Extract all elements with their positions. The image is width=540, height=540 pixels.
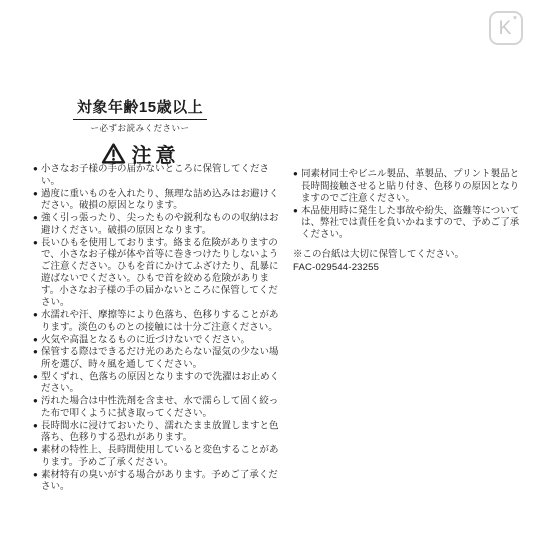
caution-list-item: ●長いひもを使用しております。絡まる危険がありますので、小さなお子様が体や首等に… — [33, 237, 285, 310]
caution-list-item: ●素材の特性上、長時間使用していると変色することがあります。予めご了承ください。 — [33, 444, 285, 469]
right-caution-list: ●同素材同士やビニル製品、革製品、プリント製品と長時間接触させると貼り付き、色移… — [293, 168, 523, 241]
caution-text: 過度に重いものを入れたり、無理な詰め込みはお避けください。破損の原因となります。 — [41, 188, 279, 211]
bullet-marker: ● — [33, 212, 41, 224]
caution-text: 汚れた場合は中性洗剤を含ませ、水で濡らして固く絞った布で叩くように拭き取ってくだ… — [41, 396, 278, 419]
bullet-marker: ● — [33, 188, 41, 200]
caution-list-item: ●本品使用時に発生した事故や紛失、盗難等については、弊社では責任を負いかねますの… — [293, 205, 523, 242]
caution-text: 長いひもを使用しております。絡まる危険がありますので、小さなお子様が体や首等に巻… — [41, 237, 279, 308]
caution-list-item: ●汚れた場合は中性洗剤を含ませ、水で濡らして固く絞った布で叩くように拭き取ってく… — [33, 395, 285, 420]
bullet-marker: ● — [33, 346, 41, 358]
bullet-marker: ● — [33, 237, 41, 249]
bullet-marker: ● — [33, 334, 41, 346]
caution-list-item: ●長時間水に浸けておいたり、濡れたまま放置しますと色落ち、色移りする恐れがありま… — [33, 420, 285, 445]
right-extras: ※この台紙は大切に保管してください。 FAC-029544-23255 — [293, 248, 523, 274]
caution-text: 同素材同士やビニル製品、革製品、プリント製品と長時間接触させると貼り付き、色移り… — [301, 169, 519, 204]
age-restriction-wrap: 対象年齢15歳以上 — [30, 96, 250, 120]
caution-text: 水濡れや汗、摩擦等により色落ち、色移りすることがあります。淡色のものとの接触には… — [41, 310, 279, 333]
bullet-marker: ● — [33, 395, 41, 407]
heart-icon: ♥ — [513, 15, 517, 22]
warning-triangle-icon — [101, 142, 126, 165]
bullet-marker: ● — [33, 444, 41, 456]
brand-logo-letter: K — [499, 19, 512, 38]
caution-card: K ♥ 対象年齢15歳以上 ー必ずお読みくださいー 注意 ●小さなお子様の手の届… — [0, 0, 540, 540]
product-code: FAC-029544-23255 — [293, 261, 523, 274]
caution-text: 小さなお子様の手の届かないところに保管してください。 — [41, 164, 269, 187]
bullet-marker: ● — [33, 420, 41, 432]
age-restriction-label: 対象年齢15歳以上 — [73, 96, 207, 120]
caution-list-item: ●素材特有の臭いがする場合があります。予めご了承ください。 — [33, 469, 285, 494]
caution-list-item: ●水濡れや汗、摩擦等により色落ち、色移りすることがあります。淡色のものとの接触に… — [33, 309, 285, 334]
keep-card-note: ※この台紙は大切に保管してください。 — [293, 248, 523, 261]
caution-list-item: ●火気や高温となるものに近づけないでください。 — [33, 334, 285, 347]
bullet-marker: ● — [293, 205, 301, 217]
caution-list-item: ●保管する際はできるだけ光のあたらない湿気の少ない場所を選び、時々風を通してくだ… — [33, 346, 285, 371]
bullet-marker: ● — [293, 168, 301, 180]
header: 対象年齢15歳以上 ー必ずお読みくださいー 注意 — [30, 96, 250, 168]
caution-text: 型くずれ、色落ちの原因となりますので洗濯はお止めください。 — [41, 371, 279, 394]
must-read-note: ー必ずお読みくださいー — [30, 122, 250, 134]
bullet-marker: ● — [33, 309, 41, 321]
caution-list-item: ●小さなお子様の手の届かないところに保管してください。 — [33, 163, 285, 188]
caution-text: 本品使用時に発生した事故や紛失、盗難等については、弊社では責任を負いかねますので… — [301, 205, 519, 240]
bullet-marker: ● — [33, 371, 41, 383]
brand-logo: K ♥ — [489, 11, 523, 45]
caution-list-item: ●過度に重いものを入れたり、無理な詰め込みはお避けください。破損の原因となります… — [33, 188, 285, 213]
left-caution-list: ●小さなお子様の手の届かないところに保管してください。 ●過度に重いものを入れた… — [33, 163, 285, 493]
caution-text: 長時間水に浸けておいたり、濡れたまま放置しますと色落ち、色移りする恐れがあります… — [41, 420, 279, 443]
caution-text: 素材特有の臭いがする場合があります。予めご了承ください。 — [41, 469, 278, 492]
bullet-marker: ● — [33, 163, 41, 175]
caution-list-item: ●強く引っ張ったり、尖ったものや鋭利なものの収納はお避けください。破損の原因とな… — [33, 212, 285, 237]
bullet-marker: ● — [33, 469, 41, 481]
caution-list-item: ●同素材同士やビニル製品、革製品、プリント製品と長時間接触させると貼り付き、色移… — [293, 168, 523, 205]
caution-text: 素材の特性上、長時間使用していると変色することがあります。予めご了承ください。 — [41, 445, 279, 468]
caution-text: 火気や高温となるものに近づけないでください。 — [41, 334, 250, 345]
caution-list-item: ●型くずれ、色落ちの原因となりますので洗濯はお止めください。 — [33, 371, 285, 396]
caution-text: 強く引っ張ったり、尖ったものや鋭利なものの収納はお避けください。破損の原因となり… — [41, 213, 279, 236]
caution-text: 保管する際はできるだけ光のあたらない湿気の少ない場所を選び、時々風を通してくださ… — [41, 347, 279, 370]
